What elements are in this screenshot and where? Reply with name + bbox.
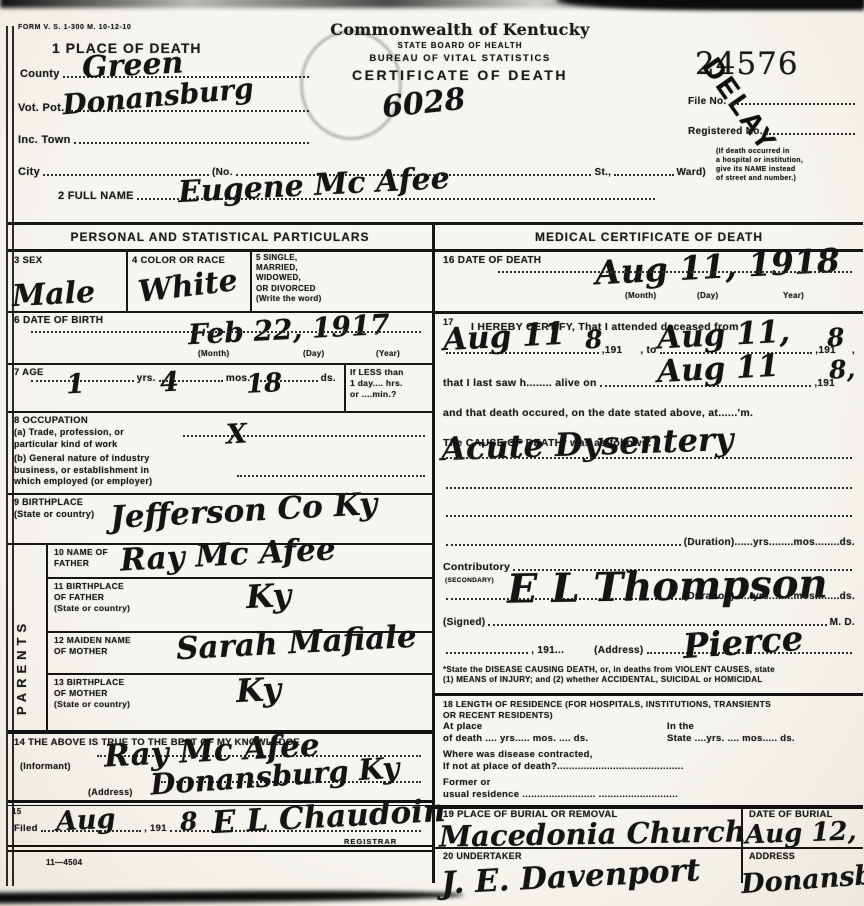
informant-label: (Informant) [20, 761, 71, 771]
parents-divider [46, 543, 48, 730]
in-state-label: In the State ....yrs. .... mos..... ds. [667, 721, 795, 745]
informant-address-label: (Address) [88, 787, 133, 797]
city-st-label: St., [594, 167, 611, 178]
filed-label: Filed [14, 823, 38, 834]
dotted-line [74, 142, 309, 144]
dotted-line [446, 544, 681, 546]
plate-number: 11—4504 [46, 858, 82, 867]
secondary-label: (SECONDARY) [445, 577, 494, 584]
dotted-line [183, 435, 425, 437]
undertaker-label: 20 UNDERTAKER [443, 851, 522, 861]
at-place-label: At place of death .... yrs..... mos. ...… [443, 721, 588, 745]
occupation-a-write-line [180, 435, 428, 439]
rule [435, 311, 863, 314]
dotted-line [498, 271, 852, 273]
dob-day-label: (Day) [303, 349, 325, 358]
file-no-label: File No. [688, 96, 727, 107]
occupation-b-write-line [234, 475, 428, 479]
file-no-line: File No. [688, 96, 858, 107]
last-saw-label: that I last saw h........ alive on [443, 377, 597, 389]
dob-label: 6 DATE OF BIRTH [14, 315, 103, 326]
rule [435, 847, 863, 849]
printed-191-label: , 191... [531, 645, 564, 656]
occupation-a-handwritten: X [225, 418, 248, 450]
dotted-line [31, 331, 421, 333]
race-label: 4 COLOR OR RACE [132, 255, 225, 266]
city-ward-label: Ward) [677, 167, 706, 178]
father-name-handwritten: Ray Mc Afee [119, 531, 336, 578]
occupation-label: 8 OCCUPATION [14, 415, 88, 426]
last-saw-handwritten: Aug 11 [656, 348, 780, 390]
dob-handwritten: Feb 22, 1917 [187, 308, 390, 352]
scan-artifact-top-right [556, 0, 864, 10]
last-saw-line: that I last saw h........ alive on ,191 [443, 377, 855, 389]
dod-write-line [495, 271, 855, 275]
year-printed: ,191 [602, 345, 623, 356]
rule [8, 363, 432, 365]
filed-item-number: 15 [12, 807, 22, 816]
inc-town-line: Inc. Town [18, 134, 312, 146]
cause-write-line-1 [443, 457, 855, 461]
contracted-label: Where was disease contracted, If not at … [443, 749, 684, 773]
rule [8, 411, 432, 413]
personal-section: PERSONAL AND STATISTICAL PARTICULARS 3 S… [8, 222, 432, 851]
death-time-label: and that death occured, on the date stat… [443, 407, 753, 419]
occupation-b-label: (b) General nature of industry business,… [14, 453, 152, 488]
mother-birthplace-handwritten: Ky [235, 670, 282, 710]
father-birthplace-label: 11 BIRTHPLACE OF FATHER (State or countr… [54, 581, 130, 614]
contributory-label: Contributory [443, 561, 510, 573]
physician-address-label: (Address) [594, 645, 643, 656]
last-saw-year-handwritten: 8, [828, 354, 856, 384]
county-label: County [20, 68, 60, 80]
handwritten-number: 6028 [380, 82, 467, 126]
date-of-death-label: 16 DATE OF DEATH [443, 255, 541, 266]
dotted-line [446, 457, 852, 459]
signed-label: (Signed) [443, 617, 485, 628]
dob-month-label: (Month) [198, 349, 229, 358]
full-name-label: 2 FULL NAME [58, 190, 134, 202]
cause-write-line-3 [443, 515, 855, 519]
death-certificate-document: FORM V. S. 1-300 M. 10-12-10 1 PLACE OF … [0, 0, 864, 906]
attended-from-year-handwritten: 8 [584, 325, 603, 355]
dob-write-line [28, 331, 424, 335]
attended-to-year-handwritten: 8 [826, 323, 845, 353]
dod-year-label: Year) [783, 291, 804, 300]
rule [435, 693, 863, 696]
dotted-line [446, 515, 852, 517]
age-months-handwritten: 4 [159, 367, 179, 399]
marital-label: 5 SINGLE, MARRIED, WIDOWED, OR DIVORCED … [256, 253, 322, 304]
filed-month-handwritten: Aug [55, 803, 116, 837]
registered-no-line: Registered No. [688, 126, 858, 137]
occupation-a-label: (a) Trade, profession, or particular kin… [14, 427, 124, 450]
dotted-line [766, 133, 855, 135]
dod-day-label: (Day) [697, 291, 719, 300]
cell-divider [126, 249, 128, 311]
registered-no-label: Registered No. [688, 126, 763, 137]
race-handwritten: White [136, 263, 239, 310]
former-residence-label: Former or usual residence ..............… [443, 777, 678, 801]
dotted-line [446, 652, 528, 654]
age-note: If LESS than 1 day.... hrs. or ....min.? [350, 367, 404, 400]
rule [48, 577, 432, 579]
age-yrs-label: yrs. [137, 373, 156, 384]
age-ds-label: ds. [321, 373, 336, 384]
precinct-label: Vot. Pot. [18, 102, 65, 114]
age-years-handwritten: 1 [65, 369, 85, 401]
dotted-line [614, 174, 673, 176]
city-label: City [18, 166, 40, 178]
rule [8, 845, 432, 847]
cause-footnote: *State the DISEASE CAUSING DEATH, or, in… [443, 665, 857, 685]
burial-date-handwritten: Aug 12, 1918 [745, 814, 864, 851]
father-birthplace-handwritten: Ky [245, 576, 292, 616]
inc-town-label: Inc. Town [18, 134, 71, 146]
dob-year-label: (Year) [376, 349, 400, 358]
md-label: M. D. [830, 617, 855, 628]
cause-write-line-2 [443, 487, 855, 491]
personal-section-title: PERSONAL AND STATISTICAL PARTICULARS [8, 230, 432, 244]
physician-address-handwritten: Pierce [682, 619, 805, 667]
undertaker-address-label: ADDRESS [749, 851, 795, 861]
parents-group-label: PARENTS [14, 565, 29, 715]
physician-signature-handwritten: E L Thompson [507, 560, 828, 613]
filed-year-digit-handwritten: 8 [179, 807, 198, 837]
attended-from-handwritten: Aug 11 [442, 316, 566, 358]
filed-year-printed: , 191 [144, 823, 167, 834]
duration-line-1: (Duration)......yrs........mos........ds… [443, 537, 855, 548]
rule [8, 850, 432, 852]
age-days-handwritten: 18 [245, 368, 283, 400]
dod-month-label: (Month) [625, 291, 656, 300]
cell-divider [250, 249, 252, 311]
mother-name-handwritten: Sarah Mafiale [175, 619, 417, 668]
duration-label: (Duration)......yrs........mos........ds… [684, 537, 855, 548]
mother-birthplace-label: 13 BIRTHPLACE OF MOTHER (State or countr… [54, 677, 130, 710]
dotted-line [446, 487, 852, 489]
birthplace-label: 9 BIRTHPLACE (State or country) [14, 497, 94, 520]
scan-artifact-bottom [0, 889, 464, 903]
mother-name-label: 12 MAIDEN NAME OF MOTHER [54, 635, 131, 657]
rule [8, 249, 432, 252]
hospital-note: (If death occurred in a hospital or inst… [716, 148, 862, 184]
sex-label: 3 SEX [14, 255, 42, 266]
to-label: , to [640, 345, 656, 356]
dotted-line [237, 475, 425, 477]
medical-section: MEDICAL CERTIFICATE OF DEATH 16 DATE OF … [432, 222, 863, 883]
cell-divider [344, 363, 346, 411]
residence-label: 18 LENGTH OF RESIDENCE (FOR HOSPITALS, I… [443, 699, 771, 721]
sex-handwritten: Male [11, 275, 96, 314]
father-name-label: 10 NAME OF FATHER [54, 547, 108, 569]
form-number: FORM V. S. 1-300 M. 10-12-10 [18, 24, 131, 31]
dotted-line [730, 103, 855, 105]
